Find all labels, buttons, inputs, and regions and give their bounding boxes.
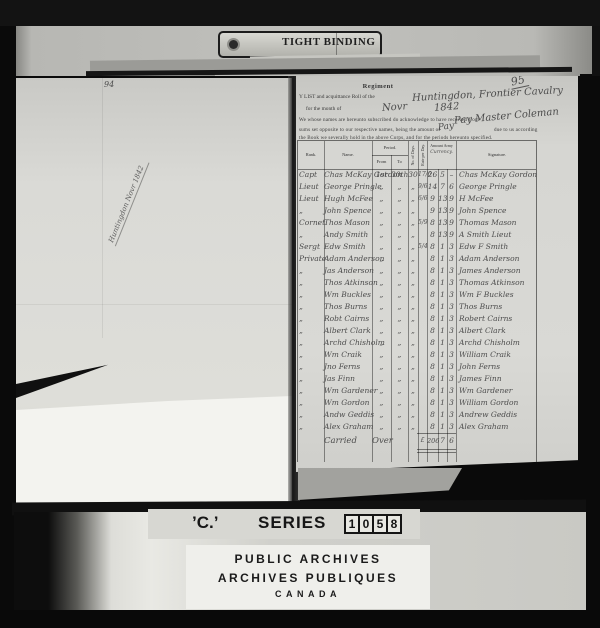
cell-signature: Chas McKay Gordon [456, 171, 538, 179]
cell-pounds: 8 [427, 231, 438, 239]
cell-rank: Sergt [298, 243, 324, 251]
col-header-rate: Rate per Day. [418, 141, 427, 169]
cell-pence: 6 [447, 183, 456, 191]
cell-from: „ [372, 315, 391, 323]
cell-rank: „ [298, 279, 324, 287]
cell-rank: Lieut [298, 195, 324, 203]
cell-shillings: 7 [438, 183, 447, 191]
cell-name: Archd Chisholm [324, 339, 372, 347]
pay-table: Rank. Name. Period. From To No. of Days.… [297, 140, 537, 462]
cell-signature: John Spence [456, 207, 538, 215]
col-header-signature: Signature. [456, 141, 538, 169]
cell-from: „ [372, 195, 391, 203]
cell-name: Andy Smith [324, 231, 372, 239]
cell-from: „ [372, 255, 391, 263]
cell-pence: – [447, 171, 456, 179]
cell-from: „ [372, 267, 391, 275]
muster-row: Sergt Edw Smith „ „ „ 5/4 8 1 3 Edw F Sm… [298, 241, 536, 253]
fold-line-vertical [102, 78, 103, 338]
col-header-period: Period. [372, 141, 408, 155]
cell-signature: James Anderson [456, 267, 538, 275]
cell-to: „ [391, 375, 408, 383]
cell-rank: „ [298, 267, 324, 275]
cell-rank: Capt [298, 171, 324, 179]
cell-to: „ [391, 303, 408, 311]
cell-rank: Private [298, 255, 324, 263]
cell-days: „ [408, 363, 418, 371]
cell-to: „ [391, 255, 408, 263]
cell-name: Robt Cairns [324, 315, 372, 323]
cell-signature: Thomas Mason [456, 219, 538, 227]
cell-to: „ [391, 399, 408, 407]
cell-pence: 3 [447, 255, 456, 263]
cell-to: „ [391, 387, 408, 395]
cell-rank: „ [298, 207, 324, 215]
cell-shillings: 1 [438, 315, 447, 323]
cell-days: „ [408, 279, 418, 287]
cell-days: „ [408, 339, 418, 347]
muster-row: „ Wm Gordon „ „ „ 8 1 3 William Gordon [298, 397, 536, 409]
cell-shillings: 5 [438, 171, 447, 179]
cell-signature: Robert Cairns [456, 315, 538, 323]
film-right-corner [592, 26, 600, 76]
header-line2: for the month of [306, 106, 341, 112]
muster-row: „ Jas Finn „ „ „ 8 1 3 James Finn [298, 373, 536, 385]
archives-line-canada: CANADA [186, 589, 430, 599]
cell-name: Wm Gardener [324, 387, 372, 395]
cell-days: „ [408, 255, 418, 263]
cell-pounds: 8 [427, 387, 438, 395]
header-month-handwritten: Novr [382, 101, 408, 114]
cell-pence: 3 [447, 327, 456, 335]
cell-days: „ [408, 315, 418, 323]
cell-shillings: 1 [438, 387, 447, 395]
cell-pence: 3 [447, 291, 456, 299]
cell-rank: „ [298, 231, 324, 239]
cell-to: „ [391, 183, 408, 191]
cell-shillings: 1 [438, 291, 447, 299]
cell-rank: „ [298, 387, 324, 395]
regiment-heading: Regiment [346, 83, 410, 90]
cell-pence: 9 [447, 207, 456, 215]
paymaster-handwritten: Pay Master Coleman [454, 106, 560, 126]
cell-pence: 3 [447, 387, 456, 395]
cell-signature: Albert Clark [456, 327, 538, 335]
cell-shillings: 1 [438, 375, 447, 383]
microfilm-frame: TIGHT BINDING 94 Huntingdon Novr 1842 95… [0, 0, 600, 628]
col-header-to: To [391, 155, 408, 169]
cell-signature: Thos Burns [456, 303, 538, 311]
fold-note-wrap: Huntingdon Novr 1842 [100, 136, 159, 247]
archives-line-en: PUBLIC ARCHIVES [186, 552, 430, 566]
cell-pence: 3 [447, 423, 456, 431]
cell-name: Alex Graham [324, 423, 372, 431]
cell-pence: 3 [447, 303, 456, 311]
total-rule-bottom [417, 449, 456, 450]
cell-pence: 3 [447, 363, 456, 371]
carried-over-label: Over [372, 437, 391, 446]
cell-from: „ [372, 327, 391, 335]
cell-pence: 3 [447, 351, 456, 359]
cell-rank: „ [298, 327, 324, 335]
cell-signature: Adam Anderson [456, 255, 538, 263]
cell-signature: John Ferns [456, 363, 538, 371]
cell-pence: 3 [447, 375, 456, 383]
cell-pounds: 9 [427, 195, 438, 203]
tight-binding-label: TIGHT BINDING [282, 36, 380, 48]
cell-to: „ [391, 315, 408, 323]
cell-pounds: 8 [427, 255, 438, 263]
cell-to: „ [391, 291, 408, 299]
pay-list-page: 95 Regiment Y LIST and acquittance Roll … [296, 76, 578, 472]
cell-name: Thos Atkinson [324, 279, 372, 287]
cell-shillings: 1 [438, 339, 447, 347]
cell-from: „ [372, 303, 391, 311]
cell-pence: 9 [447, 219, 456, 227]
cell-pounds: 9 [427, 207, 438, 215]
under-sheet [298, 468, 462, 500]
loose-sheet [16, 396, 292, 506]
cell-shillings: 1 [438, 255, 447, 263]
cell-rank: „ [298, 411, 324, 419]
cell-pounds: 8 [427, 339, 438, 347]
cell-shillings: 1 [438, 279, 447, 287]
reel-number: 1 0 5 8 [346, 514, 402, 534]
cell-to: „ [391, 411, 408, 419]
muster-row: „ Jno Ferns „ „ „ 8 1 3 John Ferns [298, 361, 536, 373]
total-pence: 6 [447, 437, 456, 445]
cell-from: „ [372, 279, 391, 287]
muster-row: Lieut Hugh McFee „ „ „ 6/6 9 13 9 H McFe… [298, 193, 536, 205]
muster-rows: Capt Chas McKay Gordon 1st 30th 30 17/6 … [298, 169, 536, 433]
muster-row: „ Wm Gardener „ „ „ 8 1 3 Wm Gardener [298, 385, 536, 397]
cell-name: Wm Gordon [324, 399, 372, 407]
archives-line-fr: ARCHIVES PUBLIQUES [186, 571, 430, 585]
cell-days: „ [408, 195, 418, 203]
cell-rate: 17/6 [418, 172, 427, 178]
cell-days: „ [408, 291, 418, 299]
cell-signature: James Finn [456, 375, 538, 383]
cell-from: „ [372, 411, 391, 419]
cell-pounds: 8 [427, 315, 438, 323]
cell-shillings: 1 [438, 423, 447, 431]
cell-days: „ [408, 231, 418, 239]
cell-shillings: 13 [438, 219, 447, 227]
cell-name: George Pringle [324, 183, 372, 191]
cell-name: Jas Anderson [324, 267, 372, 275]
cell-from: „ [372, 243, 391, 251]
header-line4-end: due to us according [494, 127, 538, 133]
cell-from: „ [372, 399, 391, 407]
cell-days: „ [408, 327, 418, 335]
cell-pounds: 8 [427, 219, 438, 227]
cell-pounds: 8 [427, 399, 438, 407]
cell-signature: William Craik [456, 351, 538, 359]
cell-pence: 3 [447, 279, 456, 287]
series-strip: ’C.’ SERIES 1 0 5 8 [148, 509, 420, 539]
cell-from: „ [372, 183, 391, 191]
series-prefix: ’C.’ [192, 513, 218, 533]
cell-shillings: 1 [438, 351, 447, 359]
muster-row: „ Robt Cairns „ „ „ 8 1 3 Robert Cairns [298, 313, 536, 325]
col-header-rate-label: Rate per Day. [421, 144, 425, 166]
cell-days: „ [408, 243, 418, 251]
cell-name: Thos Burns [324, 303, 372, 311]
total-rule-bottom2 [417, 452, 456, 453]
cell-to: „ [391, 351, 408, 359]
cell-signature: Thomas Atkinson [456, 279, 538, 287]
cell-shillings: 1 [438, 267, 447, 275]
cell-pence: 3 [447, 243, 456, 251]
cell-signature: Edw F Smith [456, 243, 538, 251]
header-line1: Y LIST and acquittance Roll of the [299, 94, 375, 100]
cell-name: Jas Finn [324, 375, 372, 383]
cell-days: „ [408, 375, 418, 383]
cell-rank: „ [298, 351, 324, 359]
cell-rank: „ [298, 339, 324, 347]
cell-days: „ [408, 267, 418, 275]
film-bottom-band [0, 610, 600, 628]
cell-name: Wm Craik [324, 351, 372, 359]
cell-from: „ [372, 375, 391, 383]
cell-pence: 9 [447, 195, 456, 203]
cell-pence: 3 [447, 411, 456, 419]
cell-rank: „ [298, 375, 324, 383]
cell-pounds: 8 [427, 411, 438, 419]
left-page-number: 94 [104, 80, 114, 89]
cell-pence: 3 [447, 399, 456, 407]
col-header-name: Name. [324, 141, 372, 169]
cell-to: „ [391, 279, 408, 287]
cell-days: „ [408, 423, 418, 431]
archives-card: PUBLIC ARCHIVES ARCHIVES PUBLIQUES CANAD… [186, 545, 430, 609]
muster-row: Lieut George Pringle „ „ „ 9/6 14 7 6 Ge… [298, 181, 536, 193]
cell-from: „ [372, 231, 391, 239]
total-shillings: 7 [438, 437, 447, 445]
cell-pence: 3 [447, 339, 456, 347]
muster-row: „ Wm Craik „ „ „ 8 1 3 William Craik [298, 349, 536, 361]
muster-row: Capt Chas McKay Gordon 1st 30th 30 17/6 … [298, 169, 536, 181]
cell-days: „ [408, 183, 418, 191]
cell-rank: „ [298, 363, 324, 371]
cell-pounds: 8 [427, 291, 438, 299]
cell-pence: 3 [447, 267, 456, 275]
col-header-currency-label: Currency. [427, 150, 456, 155]
cell-rate: 5/4 [418, 244, 427, 250]
cell-rank: „ [298, 303, 324, 311]
pay-handwritten: Pay [437, 121, 454, 133]
cell-pence: 3 [447, 315, 456, 323]
cell-name: Chas McKay Gordon [324, 171, 372, 179]
cell-from: 1st [372, 171, 391, 179]
col-header-days: No. of Days. [408, 141, 418, 169]
cell-rank: Cornet [298, 219, 324, 227]
cell-from: „ [372, 387, 391, 395]
cell-to: „ [391, 195, 408, 203]
col-header-rank: Rank. [298, 141, 324, 169]
cell-signature: George Pringle [456, 183, 538, 191]
cell-signature: Andrew Geddis [456, 411, 538, 419]
cell-days: „ [408, 219, 418, 227]
cell-signature: Wm F Buckles [456, 291, 538, 299]
cell-name: John Spence [324, 207, 372, 215]
cell-to: „ [391, 231, 408, 239]
cell-to: „ [391, 327, 408, 335]
cell-pence: 9 [447, 231, 456, 239]
muster-row: „ Jas Anderson „ „ „ 8 1 3 James Anderso… [298, 265, 536, 277]
cell-rank: „ [298, 291, 324, 299]
cell-pounds: 8 [427, 363, 438, 371]
cell-days: „ [408, 351, 418, 359]
cell-shillings: 1 [438, 243, 447, 251]
muster-row: „ Archd Chisholm „ „ „ 8 1 3 Archd Chish… [298, 337, 536, 349]
cell-name: Jno Ferns [324, 363, 372, 371]
cell-signature: Archd Chisholm [456, 339, 538, 347]
cell-shillings: 13 [438, 195, 447, 203]
muster-row: Private Adam Anderson „ „ „ 8 1 3 Adam A… [298, 253, 536, 265]
cell-rank: Lieut [298, 183, 324, 191]
cell-to: 30th [391, 171, 408, 179]
cell-name: Albert Clark [324, 327, 372, 335]
cell-shillings: 13 [438, 207, 447, 215]
col-header-amount: Amount Army Currency. [427, 144, 456, 155]
cell-rank: „ [298, 399, 324, 407]
cell-name: Thos Mason [324, 219, 372, 227]
cell-days: „ [408, 387, 418, 395]
series-word: SERIES [258, 513, 326, 533]
cell-rate: 5/9 [418, 220, 427, 226]
cell-pounds: 8 [427, 423, 438, 431]
cell-pounds: 8 [427, 375, 438, 383]
total-pounds: 206 [427, 438, 438, 445]
header-line1-handwritten: Huntingdon, Frontier Cavalry [412, 85, 563, 104]
muster-row: „ Albert Clark „ „ „ 8 1 3 Albert Clark [298, 325, 536, 337]
cell-name: Adam Anderson [324, 255, 372, 263]
cell-days: 30 [408, 171, 418, 179]
cell-signature: A Smith Lieut [456, 231, 538, 239]
cell-pounds: 8 [427, 303, 438, 311]
cell-days: „ [408, 411, 418, 419]
cell-signature: William Gordon [456, 399, 538, 407]
cell-from: „ [372, 363, 391, 371]
cell-pounds: 8 [427, 327, 438, 335]
header-year-handwritten: 1842 [434, 101, 460, 114]
muster-row: „ Thos Burns „ „ „ 8 1 3 Thos Burns [298, 301, 536, 313]
cell-to: „ [391, 207, 408, 215]
cell-pounds: 8 [427, 279, 438, 287]
muster-row: „ Andy Smith „ „ „ 8 13 9 A Smith Lieut [298, 229, 536, 241]
muster-row: „ Alex Graham „ „ „ 8 1 3 Alex Graham [298, 421, 536, 433]
carried-label: Carried [324, 437, 372, 446]
cell-days: „ [408, 303, 418, 311]
cell-pounds: 8 [427, 267, 438, 275]
cell-shillings: 13 [438, 231, 447, 239]
cell-shillings: 1 [438, 303, 447, 311]
cell-from: „ [372, 291, 391, 299]
cell-pounds: 26 [427, 171, 438, 179]
header-line4: sums set opposite to our respective name… [299, 127, 440, 133]
cell-shillings: 1 [438, 399, 447, 407]
cell-signature: Wm Gardener [456, 387, 538, 395]
cell-rate: 6/6 [418, 196, 427, 202]
cell-signature: Alex Graham [456, 423, 538, 431]
cell-name: Hugh McFee [324, 195, 372, 203]
cell-to: „ [391, 339, 408, 347]
cell-to: „ [391, 267, 408, 275]
cell-to: „ [391, 423, 408, 431]
cell-from: „ [372, 207, 391, 215]
rivet-icon [229, 40, 238, 49]
cell-from: „ [372, 219, 391, 227]
muster-row: Cornet Thos Mason „ „ „ 5/9 8 13 9 Thoma… [298, 217, 536, 229]
muster-row: „ Wm Buckles „ „ „ 8 1 3 Wm F Buckles [298, 289, 536, 301]
col-header-amount-label: Amount Army [427, 144, 456, 148]
cell-rate: 9/6 [418, 184, 427, 190]
cell-name: Andw Geddis [324, 411, 372, 419]
cell-rank: „ [298, 315, 324, 323]
fold-line-horizontal [16, 304, 292, 305]
cell-rank: „ [298, 423, 324, 431]
cell-pounds: 14 [427, 183, 438, 191]
muster-row: „ Thos Atkinson „ „ „ 8 1 3 Thomas Atkin… [298, 277, 536, 289]
cell-name: Edw Smith [324, 243, 372, 251]
cell-to: „ [391, 363, 408, 371]
muster-row: „ Andw Geddis „ „ „ 8 1 3 Andrew Geddis [298, 409, 536, 421]
col-header-days-label: No. of Days. [411, 145, 415, 165]
col-header-from: From [372, 155, 391, 169]
cell-from: „ [372, 351, 391, 359]
cell-shillings: 1 [438, 327, 447, 335]
cell-from: „ [372, 339, 391, 347]
cell-days: „ [408, 399, 418, 407]
muster-row: „ John Spence „ „ „ 9 13 9 John Spence [298, 205, 536, 217]
cell-shillings: 1 [438, 411, 447, 419]
cell-pounds: 8 [427, 351, 438, 359]
cell-shillings: 1 [438, 363, 447, 371]
cell-to: „ [391, 243, 408, 251]
cell-name: Wm Buckles [324, 291, 372, 299]
cell-to: „ [391, 219, 408, 227]
carried-over-row: Carried Over £ 206 7 6 [298, 433, 536, 449]
left-page: 94 Huntingdon Novr 1842 [16, 78, 292, 506]
reel-digit: 8 [386, 514, 402, 534]
film-top-band [0, 0, 600, 26]
cell-days: „ [408, 207, 418, 215]
cell-signature: H McFee [456, 195, 538, 203]
fold-note: Huntingdon Novr 1842 [106, 159, 149, 246]
cell-from: „ [372, 423, 391, 431]
cell-pounds: 8 [427, 243, 438, 251]
pound-sign: £ [418, 438, 427, 444]
